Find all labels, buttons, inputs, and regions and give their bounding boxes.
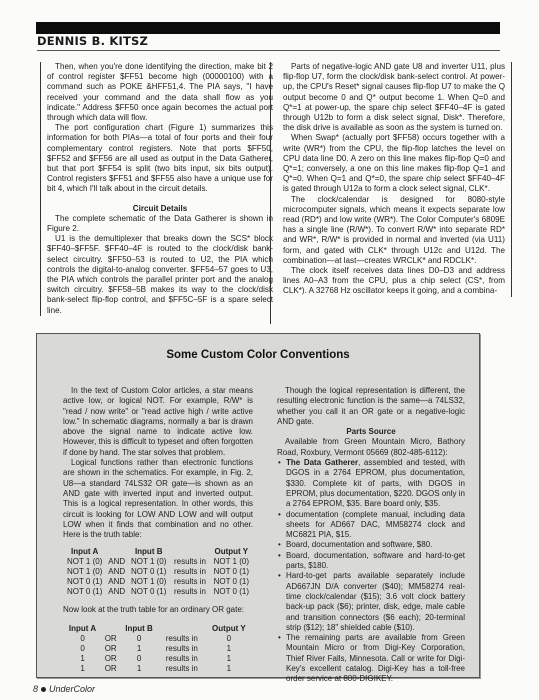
- paragraph: Available from Green Mountain Micro, Bat…: [277, 437, 465, 458]
- table-header: Output Y: [205, 624, 253, 634]
- cell: NOT 0 (1): [210, 577, 253, 587]
- sidebar-box: Some Custom Color Conventions In the tex…: [36, 333, 480, 678]
- cell: AND: [106, 557, 127, 567]
- page-number: 8: [33, 684, 38, 694]
- table-row: NOT 1 (0) AND NOT 1 (0) results in NOT 1…: [63, 557, 253, 567]
- negative-logic-truth-table: Input A Input B Output Y NOT 1 (0) AND N…: [63, 547, 253, 597]
- cell: 0: [119, 654, 159, 664]
- paragraph: Now look at the truth table for an ordin…: [63, 605, 253, 615]
- table-header: Input A: [63, 547, 106, 557]
- cell: 1: [63, 664, 102, 674]
- cell: OR: [102, 664, 119, 674]
- table-row: NOT 1 (0) AND NOT 0 (1) results in NOT 0…: [63, 567, 253, 577]
- cell: NOT 0 (1): [63, 587, 106, 597]
- table-header: Input B: [119, 624, 159, 634]
- header-black-bar: [36, 22, 500, 34]
- cell: AND: [106, 577, 127, 587]
- column-divider: [270, 62, 271, 324]
- section-heading: Circuit Details: [47, 204, 273, 214]
- cell: 0: [63, 634, 102, 644]
- sidebar-left-column: In the text of Custom Color articles, a …: [63, 386, 253, 674]
- list-item: Hard-to-get parts available separately i…: [277, 571, 465, 633]
- paragraph: The clock/calendar is designed for 8080-…: [283, 195, 505, 266]
- cell: OR: [102, 644, 119, 654]
- cell: results in: [159, 654, 205, 664]
- or-truth-table: Input A Input B Output Y 0 OR 0 results …: [63, 624, 253, 674]
- cell: NOT 1 (0): [63, 567, 106, 577]
- item-bold: The Data Gatherer: [286, 458, 358, 467]
- paragraph: The port configuration chart (Figure 1) …: [47, 123, 273, 194]
- list-item: The remaining parts are available from G…: [277, 633, 465, 684]
- cell: results in: [159, 634, 205, 644]
- paragraph: Logical functions rather than electronic…: [63, 458, 253, 540]
- sidebar-right-column: Though the logical representation is dif…: [277, 386, 465, 685]
- cell: AND: [106, 567, 127, 577]
- cell: NOT 1 (0): [63, 557, 106, 567]
- list-item: Board, documentation, software and hard-…: [277, 551, 465, 572]
- item-text: The remaining parts are available from G…: [286, 633, 465, 683]
- article-left-column: Then, when you're done identifying the d…: [40, 62, 273, 316]
- cell: results in: [170, 587, 209, 597]
- cell: OR: [102, 654, 119, 664]
- cell: 1: [63, 654, 102, 664]
- cell: 1: [119, 644, 159, 654]
- paragraph: Though the logical representation is dif…: [277, 386, 465, 427]
- cell: results in: [159, 664, 205, 674]
- cell: NOT 1 (0): [127, 577, 170, 587]
- paragraph: In the text of Custom Color articles, a …: [63, 386, 253, 458]
- sidebar-title: Some Custom Color Conventions: [37, 349, 479, 361]
- table-row: 0 OR 1 results in 1: [63, 644, 253, 654]
- paragraph: The clock itself receives data lines D0–…: [283, 266, 505, 297]
- item-text: Board, documentation and software, $80.: [286, 540, 432, 549]
- cell: 0: [205, 634, 253, 644]
- table-row: 0 OR 0 results in 0: [63, 634, 253, 644]
- table-row: 1 OR 1 results in 1: [63, 664, 253, 674]
- cell: 1: [205, 644, 253, 654]
- cell: results in: [159, 644, 205, 654]
- cell: NOT 0 (1): [127, 567, 170, 577]
- cell: 0: [63, 644, 102, 654]
- paragraph: Then, when you're done identifying the d…: [47, 62, 273, 123]
- paragraph: The complete schematic of the Data Gathe…: [47, 214, 273, 234]
- paragraph: When Swap* (actually port $FF58) occurs …: [283, 133, 505, 194]
- cell: 1: [205, 654, 253, 664]
- cell: OR: [102, 634, 119, 644]
- cell: NOT 0 (1): [127, 587, 170, 597]
- parts-source-heading: Parts Source: [277, 427, 465, 437]
- cell: results in: [170, 577, 209, 587]
- cell: AND: [106, 587, 127, 597]
- cell: NOT 0 (1): [63, 577, 106, 587]
- cell: NOT 0 (1): [210, 567, 253, 577]
- table-row: 1 OR 0 results in 1: [63, 654, 253, 664]
- cell: NOT 1 (0): [210, 557, 253, 567]
- table-row: NOT 0 (1) AND NOT 0 (1) results in NOT 0…: [63, 587, 253, 597]
- cell: 1: [205, 664, 253, 674]
- cell: NOT 0 (1): [210, 587, 253, 597]
- publication-name: UnderColor: [49, 684, 95, 694]
- author-byline: DENNIS B. KITSZ: [37, 34, 500, 51]
- cell: 0: [119, 634, 159, 644]
- list-item: documentation (complete manual, includin…: [277, 510, 465, 541]
- table-header: Input A: [63, 624, 102, 634]
- table-row: NOT 0 (1) AND NOT 1 (0) results in NOT 0…: [63, 577, 253, 587]
- article-right-column: Parts of negative-logic AND gate U8 and …: [283, 62, 512, 297]
- parts-list: The Data Gatherer, assembled and tested,…: [277, 458, 465, 685]
- cell: results in: [170, 557, 209, 567]
- bullet-icon: [41, 687, 46, 692]
- table-header: Input B: [127, 547, 170, 557]
- list-item: Board, documentation and software, $80.: [277, 540, 465, 550]
- list-item: The Data Gatherer, assembled and tested,…: [277, 458, 465, 509]
- item-text: Board, documentation, software and hard-…: [286, 551, 465, 570]
- cell: NOT 1 (0): [127, 557, 170, 567]
- paragraph: U1 is the demultiplexer that breaks down…: [47, 234, 273, 316]
- item-text: Hard-to-get parts available separately i…: [286, 571, 465, 631]
- paragraph: Parts of negative-logic AND gate U8 and …: [283, 62, 505, 133]
- cell: results in: [170, 567, 209, 577]
- item-text: documentation (complete manual, includin…: [286, 510, 465, 540]
- page-footer: 8UnderColor: [33, 684, 95, 694]
- table-header: Output Y: [210, 547, 253, 557]
- cell: 1: [119, 664, 159, 674]
